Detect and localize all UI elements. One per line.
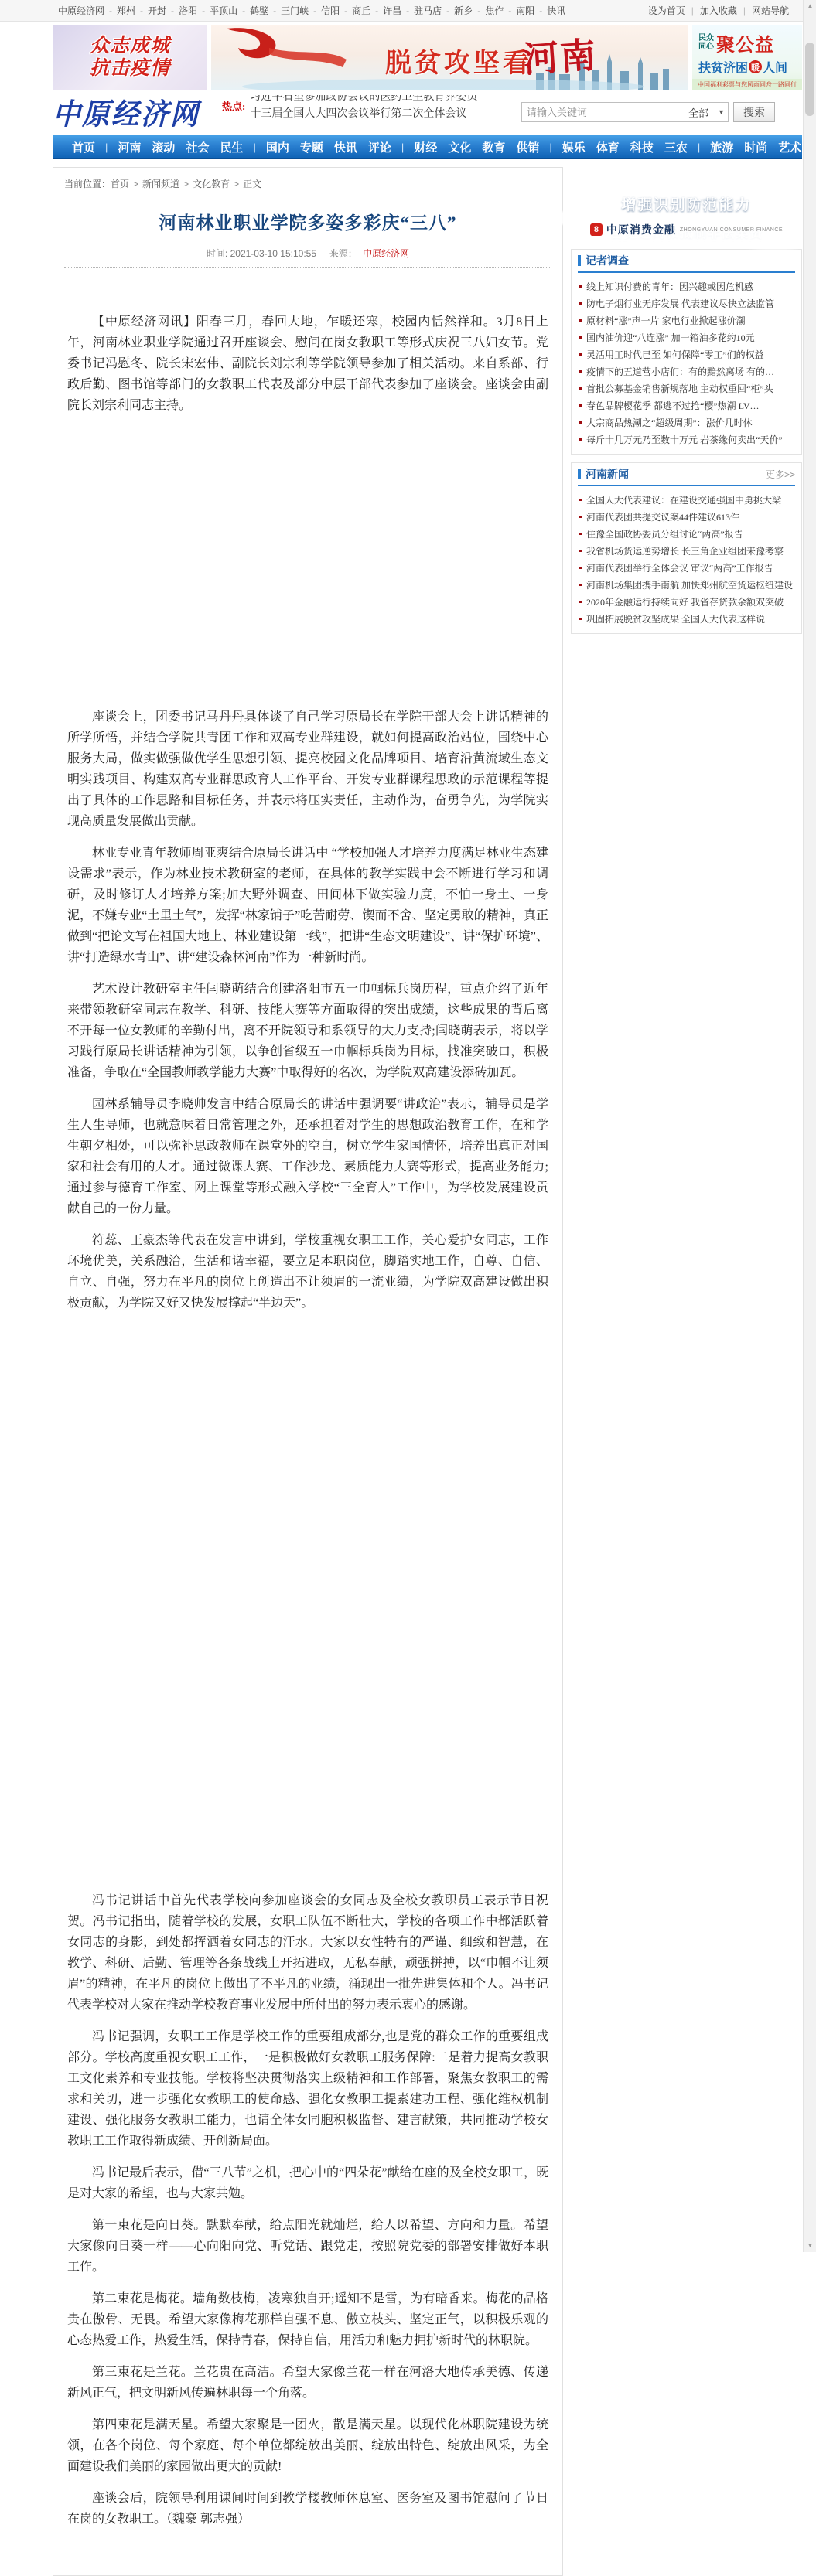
- news-link[interactable]: 每斤十几万元乃至数十万元 岩茶缘何卖出“天价”: [586, 433, 783, 446]
- news-list-item: 巩固拓展脱贫攻坚成果 全国人大代表这样说: [578, 610, 795, 627]
- banner-right-line2: 扶贫济困 暖 人间: [698, 58, 797, 76]
- nav-item-国内[interactable]: 国内: [266, 139, 289, 155]
- pipe-separator: |: [691, 5, 694, 16]
- image-placeholder-gap: [67, 1324, 548, 1879]
- bullet-icon: [579, 404, 582, 407]
- news-list-item: 大宗商品热潮之“超级周期”：涨价几时休: [578, 414, 795, 431]
- news-list-item: 河南机场集团携手南航 加快郑州航空货运枢纽建设: [578, 576, 795, 593]
- bullet-icon: [579, 550, 582, 552]
- nav-item-评论[interactable]: 评论: [368, 139, 391, 155]
- dash-separator: -: [140, 5, 143, 16]
- banner-ad-right[interactable]: 民众 同心 聚公益 扶贫济困 暖 人间 中国福利彩票与您风雨同舟一路同行: [692, 25, 802, 90]
- banner-center-brand: 河南: [521, 27, 599, 83]
- dash-separator: -: [508, 5, 511, 16]
- dash-separator: -: [539, 5, 542, 16]
- search-box: 全部 ▼ 搜索: [521, 102, 775, 122]
- article-paragraph: 符蕊、王豪杰等代表在发言中讲到，学校重视女职工工作，关心爱护女同志，工作环境优美…: [67, 1230, 548, 1314]
- breadcrumb-separator: >: [234, 179, 239, 189]
- nav-item-社会[interactable]: 社会: [186, 139, 209, 155]
- dash-separator: -: [313, 5, 316, 16]
- ad-line1: 增强识别防范能力: [571, 193, 802, 214]
- banner-right-footer: 中国福利彩票与您风雨同舟一路同行: [692, 79, 802, 90]
- bullet-icon: [579, 584, 582, 586]
- source-label: 来源：: [329, 248, 357, 259]
- topbar-city-link[interactable]: 中原经济网: [58, 5, 104, 16]
- nav-item-快讯[interactable]: 快讯: [334, 139, 357, 155]
- bullet-icon: [579, 533, 582, 535]
- article-paragraph: 园林系辅导员李晓帅发言中结合原局长的讲话中强调要“讲政治”表示，辅导员是学生人生…: [67, 1094, 548, 1219]
- article-paragraph: 【中原经济网讯】阳春三月，春回大地，乍暖还寒，校园内恬然祥和。3月8日上午，河南…: [67, 312, 548, 416]
- topbar-city-link[interactable]: 郑州: [117, 5, 135, 16]
- banner-right-big: 聚公益: [716, 29, 774, 56]
- hot-topic-link[interactable]: 习近平看望参加政协会议的医药卫生教育界委员: [250, 95, 477, 106]
- dash-separator: -: [109, 5, 112, 16]
- article-paragraph: 第一束花是向日葵。默默奉献，给点阳光就灿烂，给人以希望、方向和力量。希望大家像向…: [67, 2215, 548, 2278]
- nav-item-旅游[interactable]: 旅游: [710, 139, 733, 155]
- news-link[interactable]: 巩固拓展脱贫攻坚成果 全国人大代表这样说: [586, 612, 765, 625]
- topbar-city-link[interactable]: 信阳: [321, 5, 340, 16]
- pipe-separator: |: [743, 5, 746, 16]
- news-list-item: 防电子烟行业无序发展 代表建议尽快立法监管: [578, 295, 795, 312]
- sidebar-ad-banner[interactable]: 增强识别防范能力 自觉远离和抵制非法集资 8 中原消费金融 ZHONGYUAN …: [571, 193, 802, 241]
- nav-item-河南[interactable]: 河南: [118, 139, 141, 155]
- nav-item-专题[interactable]: 专题: [300, 139, 323, 155]
- breadcrumb-items: 首页>新闻频道>文化教育>正文: [111, 179, 261, 189]
- breadcrumb-link[interactable]: 正文: [243, 179, 261, 189]
- bullet-icon: [579, 516, 582, 518]
- nav-separator: |: [549, 141, 551, 153]
- topbar-tool-link[interactable]: 网站导航: [752, 5, 789, 16]
- chevron-down-icon: ▼: [718, 108, 725, 116]
- nav-item-科技[interactable]: 科技: [630, 139, 654, 155]
- reporter-news-list: 线上知识付费的青年：因兴趣或因危机感防电子烟行业无序发展 代表建议尽快立法监管原…: [578, 273, 795, 448]
- news-list-item: 住豫全国政协委员分组讨论“两高”报告: [578, 525, 795, 542]
- vertical-scrollbar[interactable]: ▲ ▼: [803, 0, 816, 2252]
- article-paragraph: 第四束花是满天星。希望大家聚是一团火，散是满天星。以现代化林职院建设为统领，在各…: [67, 2414, 548, 2477]
- dash-separator: -: [375, 5, 378, 16]
- banner-left-line1: 众志成城: [90, 36, 170, 58]
- banner-ad-center[interactable]: 脱贫攻坚看 河南: [211, 25, 688, 90]
- breadcrumb-separator: >: [183, 179, 189, 189]
- news-list-item: 国内油价迎“八连涨” 加一箱油多花约10元: [578, 329, 795, 346]
- bullet-icon: [579, 370, 582, 373]
- topbar-links-left: 中原经济网-郑州-开封-洛阳-平顶山-鹤壁-三门峡-信阳-商丘-许昌-驻马店-新…: [58, 4, 565, 17]
- nav-separator: |: [401, 141, 404, 153]
- article-meta: 时间: 2021-03-10 15:10:55 来源： 中原经济网: [63, 247, 553, 267]
- image-placeholder-gap: [67, 427, 548, 696]
- nav-separator: |: [698, 141, 700, 153]
- search-category-select[interactable]: 全部 ▼: [685, 102, 729, 122]
- ad-brand-bar: 8 中原消费金融 ZHONGYUAN CONSUMER FINANCE: [571, 218, 802, 241]
- henan-news-list: 全国人大代表建议：在建设交通强国中勇挑大梁河南代表团共提交议案44件建议613件…: [578, 486, 795, 627]
- news-list-item: 每斤十几万元乃至数十万元 岩茶缘何卖出“天价”: [578, 431, 795, 448]
- news-list-item: 原材料“涨”声一片 家电行业掀起涨价潮: [578, 312, 795, 329]
- news-list-item: 河南代表团举行全体会议 审议“两高”工作报告: [578, 559, 795, 576]
- nav-item-文化[interactable]: 文化: [448, 139, 471, 155]
- nav-item-滚动[interactable]: 滚动: [152, 139, 175, 155]
- search-category-value: 全部: [688, 105, 708, 120]
- top-utility-bar: 中原经济网-郑州-开封-洛阳-平顶山-鹤壁-三门峡-信阳-商丘-许昌-驻马店-新…: [0, 0, 803, 22]
- breadcrumb: 当前位置：首页>新闻频道>文化教育>正文: [63, 174, 553, 198]
- article-body: 【中原经济网讯】阳春三月，春回大地，乍暖还寒，校园内恬然祥和。3月8日上午，河南…: [63, 268, 553, 2530]
- topbar-city-link[interactable]: 焦作: [485, 5, 504, 16]
- topbar-city-link[interactable]: 许昌: [383, 5, 401, 16]
- dash-separator: -: [477, 5, 480, 16]
- nav-separator: |: [253, 141, 255, 153]
- bullet-icon: [579, 618, 582, 620]
- article-paragraph: 座谈会后，院领导利用课间时间到教学楼教师休息室、医务室及图书馆慰问了节日在岗的女…: [67, 2488, 548, 2530]
- article-column: 当前位置：首页>新闻频道>文化教育>正文 河南林业职业学院多姿多彩庆“三八” 时…: [53, 167, 563, 2576]
- section-marker-icon: [578, 469, 581, 479]
- topbar-city-link[interactable]: 三门峡: [281, 5, 309, 16]
- news-link[interactable]: 灵活用工时代已至 如何保障“零工”们的权益: [586, 348, 764, 361]
- dash-separator: -: [273, 5, 276, 16]
- site-header: 中原经济网 热点: 习近平看望参加政协会议的医药卫生教育界委员十三届全国人大四次…: [53, 92, 802, 132]
- news-list-item: 我省机场货运逆势增长 长三角企业组团来豫考察: [578, 542, 795, 559]
- topbar-city-link[interactable]: 快讯: [547, 5, 565, 16]
- news-link[interactable]: 河南机场集团携手南航 加快郑州航空货运枢纽建设: [586, 578, 793, 591]
- breadcrumb-label: 当前位置：: [64, 179, 111, 189]
- article-paragraph: 林业专业青年教师周亚爽结合原局长讲话中 “学校加强人才培养力度满足林业生态建设需…: [67, 843, 548, 968]
- nav-item-体育[interactable]: 体育: [596, 139, 620, 155]
- topbar-city-link[interactable]: 开封: [148, 5, 166, 16]
- nav-item-财经[interactable]: 财经: [414, 139, 437, 155]
- reporter-section-title: 记者调查: [578, 253, 629, 268]
- bullet-icon: [579, 387, 582, 390]
- news-link[interactable]: 春色品牌樱花季 都逃不过抢“樱”热潮 LV…: [586, 399, 760, 412]
- article-paragraph: 冯书记讲话中首先代表学校向参加座谈会的女同志及全校女教职员工表示节日祝贺。冯书记…: [67, 1890, 548, 2015]
- bullet-icon: [579, 336, 582, 339]
- news-link[interactable]: 住豫全国政协委员分组讨论“两高”报告: [586, 527, 743, 540]
- topbar-tool-link[interactable]: 加入收藏: [700, 5, 737, 16]
- topbar-city-link[interactable]: 南阳: [516, 5, 534, 16]
- topbar-city-link[interactable]: 鹤壁: [250, 5, 268, 16]
- news-link[interactable]: 防电子烟行业无序发展 代表建议尽快立法监管: [586, 297, 774, 310]
- news-list-item: 2020年金融运行持续向好 我省存贷款余额双突破: [578, 593, 795, 610]
- ad-brand-name: 中原消费金融: [606, 222, 676, 237]
- news-list-item: 首批公募基金销售新规落地 主动权重回“柜”头: [578, 380, 795, 397]
- topbar-tool-link[interactable]: 设为首页: [648, 5, 685, 16]
- bullet-icon: [579, 601, 582, 603]
- article-paragraph: 座谈会上，团委书记马丹丹具体谈了自己学习原局长在学院干部大会上讲话精神的所学所悟…: [67, 707, 548, 832]
- bullet-icon: [579, 567, 582, 569]
- breadcrumb-link[interactable]: 文化教育: [193, 179, 230, 189]
- banner-ad-left[interactable]: 众志成城 抗击疫情: [53, 25, 207, 90]
- bullet-icon: [579, 421, 582, 424]
- article-paragraph: 冯书记强调，女职工工作是学校工作的重要组成部分,也是党的群众工作的重要组成部分。…: [67, 2026, 548, 2152]
- topbar-city-link[interactable]: 新乡: [454, 5, 473, 16]
- more-link[interactable]: 更多>>: [766, 468, 795, 481]
- nav-item-三农[interactable]: 三农: [664, 139, 688, 155]
- dash-separator: -: [446, 5, 449, 16]
- site-logo[interactable]: 中原经济网: [53, 91, 219, 133]
- search-input[interactable]: [521, 102, 685, 122]
- topbar-city-link[interactable]: 商丘: [352, 5, 370, 16]
- topbar-city-link[interactable]: 洛阳: [179, 5, 197, 16]
- news-link[interactable]: 首批公募基金销售新规落地 主动权重回“柜”头: [586, 382, 773, 395]
- dash-separator: -: [202, 5, 205, 16]
- news-link[interactable]: 线上知识付费的青年：因兴趣或因危机感: [586, 280, 753, 293]
- scrollbar-thumb[interactable]: [805, 43, 814, 116]
- article-source[interactable]: 中原经济网: [363, 248, 409, 259]
- nav-item-教育[interactable]: 教育: [482, 139, 505, 155]
- hot-topic-link[interactable]: 十三届全国人大四次会议举行第二次全体会议: [250, 106, 477, 123]
- nav-item-艺术[interactable]: 艺术: [778, 139, 801, 155]
- news-link[interactable]: 疫情下的五道营小店们：有的黯然离场 有的…: [586, 365, 774, 378]
- bullet-icon: [579, 353, 582, 356]
- henan-section-title: 河南新闻: [578, 466, 629, 482]
- warm-badge: 暖: [749, 60, 762, 73]
- news-list-item: 灵活用工时代已至 如何保障“零工”们的权益: [578, 346, 795, 363]
- scrollbar-down-arrow[interactable]: ▼: [804, 2240, 816, 2252]
- nav-separator: |: [105, 141, 108, 153]
- news-link[interactable]: 原材料“涨”声一片 家电行业掀起涨价潮: [586, 314, 746, 327]
- news-link[interactable]: 河南代表团共提交议案44件建议613件: [586, 510, 739, 523]
- news-list-item: 全国人大代表建议：在建设交通强国中勇挑大梁: [578, 491, 795, 508]
- dash-separator: -: [242, 5, 245, 16]
- dash-separator: -: [344, 5, 347, 16]
- reporter-investigation-section: 记者调查 线上知识付费的青年：因兴趣或因危机感防电子烟行业无序发展 代表建议尽快…: [571, 249, 802, 455]
- breadcrumb-link[interactable]: 首页: [111, 179, 129, 189]
- content-row: 当前位置：首页>新闻频道>文化教育>正文 河南林业职业学院多姿多彩庆“三八” 时…: [53, 167, 802, 2576]
- time-label: 时间:: [207, 248, 227, 259]
- ad-brand-name-en: ZHONGYUAN CONSUMER FINANCE: [680, 227, 783, 233]
- news-link[interactable]: 我省机场货运逆势增长 长三角企业组团来豫考察: [586, 544, 784, 557]
- article-paragraph: 第二束花是梅花。墙角数枝梅，凌寒独自开;遥知不是雪，为有暗香来。梅花的品格贵在傲…: [67, 2288, 548, 2351]
- hot-lines: 习近平看望参加政协会议的医药卫生教育界委员十三届全国人大四次会议举行第二次全体会…: [250, 95, 477, 123]
- nav-item-时尚[interactable]: 时尚: [744, 139, 767, 155]
- hot-topics: 热点: 习近平看望参加政协会议的医药卫生教育界委员十三届全国人大四次会议举行第二…: [219, 95, 521, 129]
- breadcrumb-link[interactable]: 新闻频道: [142, 179, 179, 189]
- nav-item-娱乐[interactable]: 娱乐: [562, 139, 586, 155]
- dash-separator: -: [406, 5, 409, 16]
- news-link[interactable]: 大宗商品热潮之“超级周期”：涨价几时休: [586, 416, 753, 429]
- nav-item-民生[interactable]: 民生: [220, 139, 243, 155]
- section-marker-icon: [578, 255, 581, 266]
- banner-ad-row: 众志成城 抗击疫情: [53, 25, 802, 90]
- topbar-city-link[interactable]: 平顶山: [210, 5, 237, 16]
- bullet-icon: [579, 499, 582, 501]
- news-list-item: 春色品牌樱花季 都逃不过抢“樱”热潮 LV…: [578, 397, 795, 414]
- news-list-item: 河南代表团共提交议案44件建议613件: [578, 508, 795, 525]
- banner-left-line2: 抗击疫情: [90, 58, 170, 80]
- news-link[interactable]: 全国人大代表建议：在建设交通强国中勇挑大梁: [586, 493, 781, 506]
- article-paragraph: 第三束花是兰花。兰花贵在高洁。希望大家像兰花一样在河洛大地传承美德、传递新风正气…: [67, 2362, 548, 2404]
- nav-item-供销[interactable]: 供销: [516, 139, 539, 155]
- nav-item-首页[interactable]: 首页: [72, 139, 95, 155]
- henan-section-header: 河南新闻 更多>>: [578, 463, 795, 486]
- reporter-section-header: 记者调查: [578, 250, 795, 273]
- bullet-icon: [579, 319, 582, 322]
- article-paragraph: 冯书记最后表示，借“三八节”之机，把心中的“四朵花”献给在座的及全校女职工，既是…: [67, 2162, 548, 2204]
- breadcrumb-separator: >: [133, 179, 138, 189]
- sidebar: 增强识别防范能力 自觉远离和抵制非法集资 8 中原消费金融 ZHONGYUAN …: [571, 167, 802, 634]
- bullet-icon: [579, 302, 582, 305]
- image-placeholder-gap: [67, 268, 548, 301]
- consumer-finance-logo-icon: 8: [590, 223, 603, 236]
- banner-center-text: 脱贫攻坚看: [385, 42, 532, 80]
- news-list-item: 疫情下的五道营小店们：有的黯然离场 有的…: [578, 363, 795, 380]
- news-link[interactable]: 河南代表团举行全体会议 审议“两高”工作报告: [586, 561, 773, 574]
- article-time: 2021-03-10 15:10:55: [230, 248, 316, 259]
- search-button[interactable]: 搜索: [733, 102, 775, 122]
- hot-label: 热点:: [222, 98, 245, 113]
- dash-separator: -: [171, 5, 174, 16]
- article-title: 河南林业职业学院多姿多彩庆“三八”: [63, 209, 553, 234]
- bullet-icon: [579, 285, 582, 288]
- banner-right-mini: 民众 同心: [698, 35, 714, 51]
- page-container: 众志成城 抗击疫情: [53, 25, 802, 2576]
- news-list-item: 线上知识付费的青年：因兴趣或因危机感: [578, 278, 795, 295]
- henan-news-section: 河南新闻 更多>> 全国人大代表建议：在建设交通强国中勇挑大梁河南代表团共提交议…: [571, 462, 802, 634]
- article-paragraph: 艺术设计教研室主任闫晓萌结合创建洛阳市五一巾帼标兵岗历程，重点介绍了近年来带领教…: [67, 979, 548, 1083]
- topbar-links-right: 设为首页|加入收藏|网站导航: [648, 4, 789, 17]
- main-navigation: 首页|河南滚动社会民生|国内专题快讯评论|财经文化教育供销|娱乐体育科技三农|旅…: [53, 135, 802, 159]
- scrollbar-up-arrow[interactable]: ▲: [804, 0, 816, 12]
- topbar-city-link[interactable]: 驻马店: [414, 5, 442, 16]
- bullet-icon: [579, 438, 582, 441]
- news-link[interactable]: 2020年金融运行持续向好 我省存贷款余额双突破: [586, 595, 784, 608]
- news-link[interactable]: 国内油价迎“八连涨” 加一箱油多花约10元: [586, 331, 755, 344]
